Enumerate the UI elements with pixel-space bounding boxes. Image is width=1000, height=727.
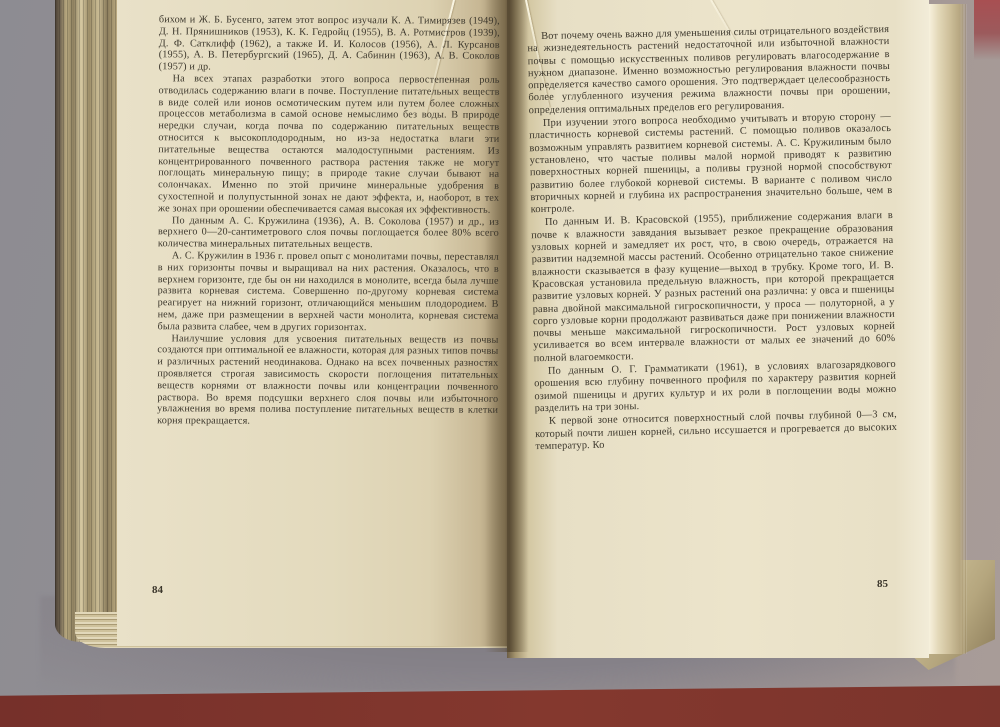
paragraph: При изучении этого вопроса необходимо уч… bbox=[529, 111, 893, 217]
open-book: бихом и Ж. Б. Бусенго, затем этот вопрос… bbox=[55, 0, 980, 662]
photo-of-open-book: бихом и Ж. Б. Бусенго, затем этот вопрос… bbox=[0, 0, 1000, 727]
left-page-text: бихом и Ж. Б. Бусенго, затем этот вопрос… bbox=[157, 14, 500, 428]
left-page-stack-edge bbox=[55, 0, 117, 642]
paragraph: Вот почему очень важно для уменьшения си… bbox=[527, 24, 891, 117]
page-number-right: 85 bbox=[877, 578, 888, 590]
paragraph: бихом и Ж. Б. Бусенго, затем этот вопрос… bbox=[159, 14, 500, 74]
paragraph: На всех этапах разработки этого вопроса … bbox=[158, 73, 500, 216]
paragraph: А. С. Кружилин в 1936 г. провел опыт с м… bbox=[158, 250, 499, 334]
paragraph: По данным И. В. Красовской (1955), прибл… bbox=[531, 210, 896, 365]
page-number-left: 84 bbox=[152, 584, 163, 596]
right-page-text: Вот почему очень важно для уменьшения си… bbox=[527, 24, 897, 454]
paragraph: По данным А. С. Кружилина (1936), А. В. … bbox=[158, 215, 499, 252]
paragraph: К первой зоне относится поверхностный сл… bbox=[535, 409, 898, 453]
right-fore-edge bbox=[929, 4, 967, 654]
paragraph: По данным О. Г. Грамматикати (1961), в у… bbox=[534, 359, 897, 415]
paragraph: Наилучшие условия для усвоения питательн… bbox=[157, 333, 498, 429]
